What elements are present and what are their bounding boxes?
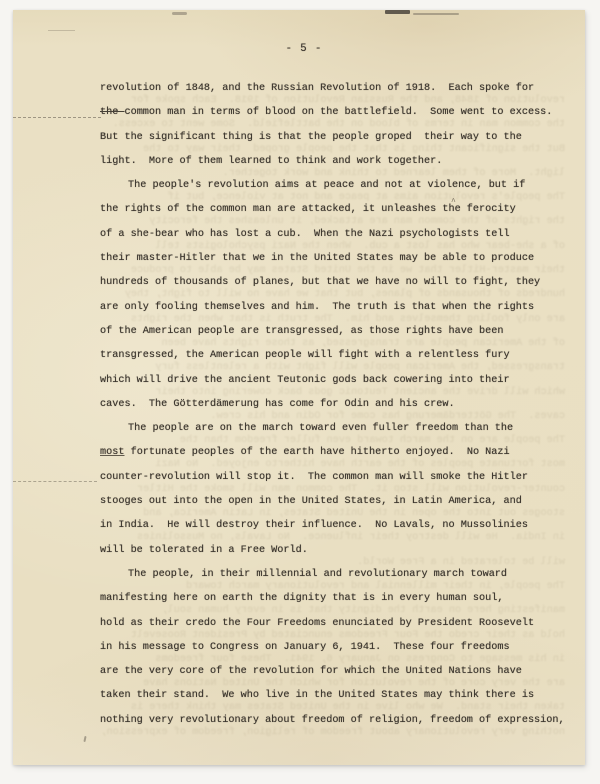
document-body: revolution of 1848, and the Russian Revo…	[100, 77, 580, 733]
text-line: the rights of the common man are attacke…	[100, 198, 580, 222]
ink-smudge	[385, 10, 410, 14]
pencil-lead-line	[13, 117, 101, 118]
text-line: stooges out into the open in the United …	[100, 490, 580, 514]
text-line: manifesting here on earth the dignity th…	[100, 587, 580, 611]
pencil-mark	[83, 736, 86, 742]
text-line: of a she-bear who has lost a cub. When t…	[100, 223, 580, 247]
text-line: in India. He will destroy their influenc…	[100, 514, 580, 538]
document-page: revolution of 1848, and the Russian Revo…	[13, 10, 585, 765]
text-line: The people are on the march toward even …	[100, 417, 580, 441]
text-line: will be tolerated in a Free World.	[100, 539, 580, 563]
text-line: the common man in terms of blood on the …	[100, 101, 580, 125]
text-line: But the significant thing is that the pe…	[100, 126, 580, 150]
ink-smudge	[413, 13, 459, 15]
page-number: - 5 -	[13, 43, 585, 55]
strikethrough-text: the	[100, 107, 124, 118]
text-line: revolution of 1848, and the Russian Revo…	[100, 77, 580, 101]
text-line: The people's revolution aims at peace an…	[100, 174, 580, 198]
text-line: hundreds of thousands of planes, but tha…	[100, 271, 580, 295]
pencil-mark	[48, 30, 75, 31]
ink-smudge	[172, 12, 187, 15]
text-line: their master-Hitler that we in the Unite…	[100, 247, 580, 271]
text-line: transgressed, the American people will f…	[100, 344, 580, 368]
text-line: caves. The Götterdämerung has come for O…	[100, 393, 580, 417]
text-line: most fortunate peoples of the earth have…	[100, 441, 580, 465]
text-line: counter-revolution will stop it. The com…	[100, 466, 580, 490]
text-line: taken their stand. We who live in the Un…	[100, 684, 580, 708]
text-line: which will drive the ancient Teutonic go…	[100, 369, 580, 393]
text-line: The people, in their millennial and revo…	[100, 563, 580, 587]
underlined-text: most	[100, 447, 124, 458]
text-line: are only fooling themselves and him. The…	[100, 296, 580, 320]
text-line: in his message to Congress on January 6,…	[100, 636, 580, 660]
text-line: nothing very revolutionary about freedom…	[100, 709, 580, 733]
text-line: are the very core of the revolution for …	[100, 660, 580, 684]
text-line: light. More of them learned to think and…	[100, 150, 580, 174]
text-line: of the American people are transgressed,…	[100, 320, 580, 344]
text-line: hold as their credo the Four Freedoms en…	[100, 612, 580, 636]
pencil-lead-line	[13, 481, 97, 482]
